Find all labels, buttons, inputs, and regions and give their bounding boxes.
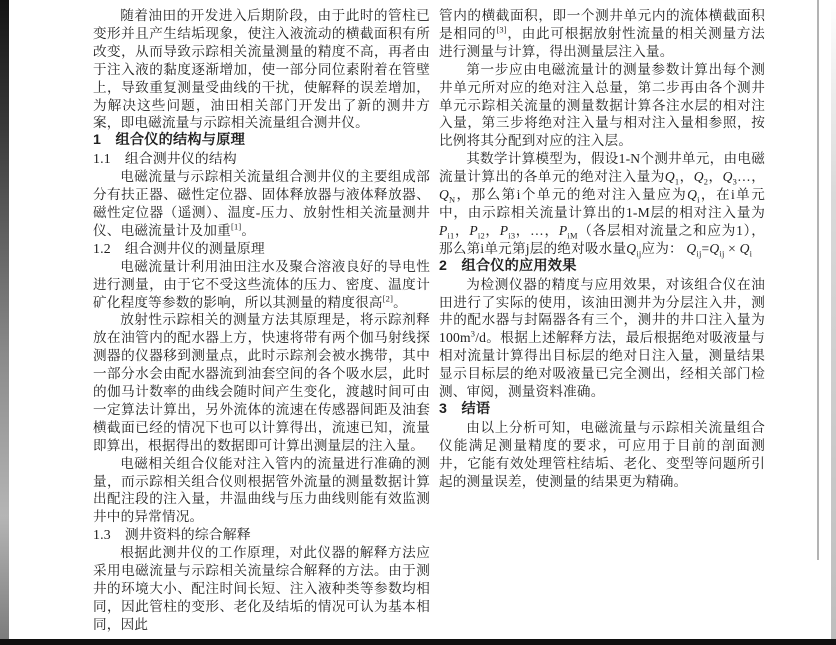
section-heading: 3 结语 [439, 401, 765, 419]
paragraph: 电磁相关组合仪能对注入管内的流量进行准确的测量，而示踪相关组合仪则根据管外流量的… [93, 455, 430, 527]
text-run: P [439, 223, 448, 238]
text-run: 1.2 组合测井仪的测量原理 [93, 241, 265, 256]
text-run: …， [737, 169, 765, 184]
scan-edge-right [831, 0, 836, 645]
section-heading: 1.2 组合测井仪的测量原理 [93, 240, 430, 258]
text-run: 随着油田的开发进入后期阶段，由于此时的管柱已变形并且产生结垢现象，使注入液流动的… [93, 8, 430, 130]
text-run: Q [439, 187, 449, 202]
left-column: 随着油田的开发进入后期阶段，由于此时的管柱已变形并且产生结垢现象，使注入液流动的… [93, 7, 430, 634]
text-run: 3 结语 [439, 401, 490, 417]
text-run: Q [626, 241, 636, 256]
section-heading: 2 组合仪的应用效果 [439, 258, 765, 276]
section-heading: 1.1 组合测井仪的结构 [93, 150, 430, 168]
text-run: 。 [241, 223, 255, 238]
scan-edge-left [0, 0, 9, 645]
paragraph: 根据此测井仪的工作原理，对此仪器的解释方法应采用电磁流量与示踪相关流量综合解释的… [93, 544, 430, 634]
paragraph: 随着油田的开发进入后期阶段，由于此时的管柱已变形并且产生结垢现象，使注入液流动的… [93, 7, 430, 132]
right-column: 管内的横截面积，即一个测井单元内的流体横截面积是相同的[3]，由此可根据放射性流… [439, 7, 765, 634]
text-run: P [469, 223, 478, 238]
text-run: 放射性示踪相关的测量方法其原理是，将示踪剂释放在油管内的配水器上方，快速将带有两… [93, 312, 430, 452]
text-run: 根据此测井仪的工作原理，对此仪器的解释方法应采用电磁流量与示踪相关流量综合解释的… [93, 545, 430, 632]
text-run: × [725, 241, 740, 256]
section-heading: 1 组合仪的结构与原理 [93, 132, 430, 150]
subscript: iM [567, 231, 577, 241]
paragraph: 由以上分析可知，电磁流量与示踪相关流量组合仪能满足测量精度的要求，可应用于目前的… [439, 419, 765, 491]
text-run: 电磁相关组合仪能对注入管内的流量进行准确的测量，而示踪相关组合仪则根据管外流量的… [93, 456, 430, 525]
paragraph: 放射性示踪相关的测量方法其原理是，将示踪剂释放在油管内的配水器上方，快速将带有两… [93, 311, 430, 454]
section-heading: 1.3 测井资料的综合解释 [93, 526, 430, 544]
paragraph: 电磁流量与示踪相关流量组合测井仪的主要组成部分有扶正器、磁性定位器、固体释放器与… [93, 168, 430, 240]
text-run: ， [485, 223, 500, 238]
text-run: ， [454, 223, 469, 238]
text-run: ， [679, 169, 693, 184]
superscript-ref: [3] [496, 24, 506, 34]
subscript: i [750, 249, 753, 259]
paragraph: 第一步应由电磁流量计的测量参数计算出每个测井单元所对应的绝对注入总量，第二步再由… [439, 61, 765, 151]
text-run: ，那么第i个单元的绝对注入量应为 [455, 187, 687, 202]
paragraph: 为检测仪器的精度与应用效果，对该组合仪在油田进行了实际的使用，该油田测井为分层注… [439, 276, 765, 401]
subscript: i2 [478, 231, 485, 241]
scanned-paper-page: 随着油田的开发进入后期阶段，由于此时的管柱已变形并且产生结垢现象，使注入液流动的… [0, 0, 836, 645]
text-run: 应为： [641, 241, 686, 256]
scan-edge-bottom [0, 639, 836, 645]
text-run: 。 [393, 295, 407, 310]
text-run: Q [665, 169, 675, 184]
article-body: 随着油田的开发进入后期阶段，由于此时的管柱已变形并且产生结垢现象，使注入液流动的… [93, 7, 765, 634]
text-run: Q [694, 169, 704, 184]
text-run: 1.3 测井资料的综合解释 [93, 527, 251, 542]
text-run: Q [740, 241, 750, 256]
superscript-ref: [1] [231, 221, 241, 231]
text-run: Q [686, 241, 696, 256]
text-run: /d。根据上述解释方法，最后根据绝对吸液量与相对流量计算得出目标层的绝对日注入量… [439, 330, 765, 399]
text-run: 第一步应由电磁流量计的测量参数计算出每个测井单元所对应的绝对注入总量，第二步再由… [439, 62, 765, 149]
text-run: ， [708, 169, 722, 184]
text-run: ，…， [515, 223, 559, 238]
paragraph: 电磁流量计利用油田注水及聚合溶液良好的导电性进行测量，由于它不受这些流体的压力、… [93, 258, 430, 312]
text-run: 由以上分析可知，电磁流量与示踪相关流量组合仪能满足测量精度的要求，可应用于目前的… [439, 420, 765, 489]
text-run: Q [709, 241, 719, 256]
text-run: 2 组合仪的应用效果 [439, 258, 577, 274]
text-run: 电磁流量与示踪相关流量组合测井仪的主要组成部分有扶正器、磁性定位器、固体释放器与… [93, 169, 430, 238]
text-run: Q [723, 169, 733, 184]
text-run: 1 组合仪的结构与原理 [93, 132, 245, 148]
superscript-ref: [2] [383, 293, 393, 303]
text-run: Q [687, 187, 697, 202]
text-run: 1.1 组合测井仪的结构 [93, 151, 237, 166]
text-run: 电磁流量计利用油田注水及聚合溶液良好的导电性进行测量，由于它不受这些流体的压力、… [93, 259, 430, 310]
page-edge-line [817, 0, 819, 560]
paragraph: 管内的横截面积，即一个测井单元内的流体横截面积是相同的[3]，由此可根据放射性流… [439, 7, 765, 61]
paragraph: 其数学计算模型为，假设1-N个测井单元，由电磁流量计算出的各单元的绝对注入量为Q… [439, 150, 765, 257]
